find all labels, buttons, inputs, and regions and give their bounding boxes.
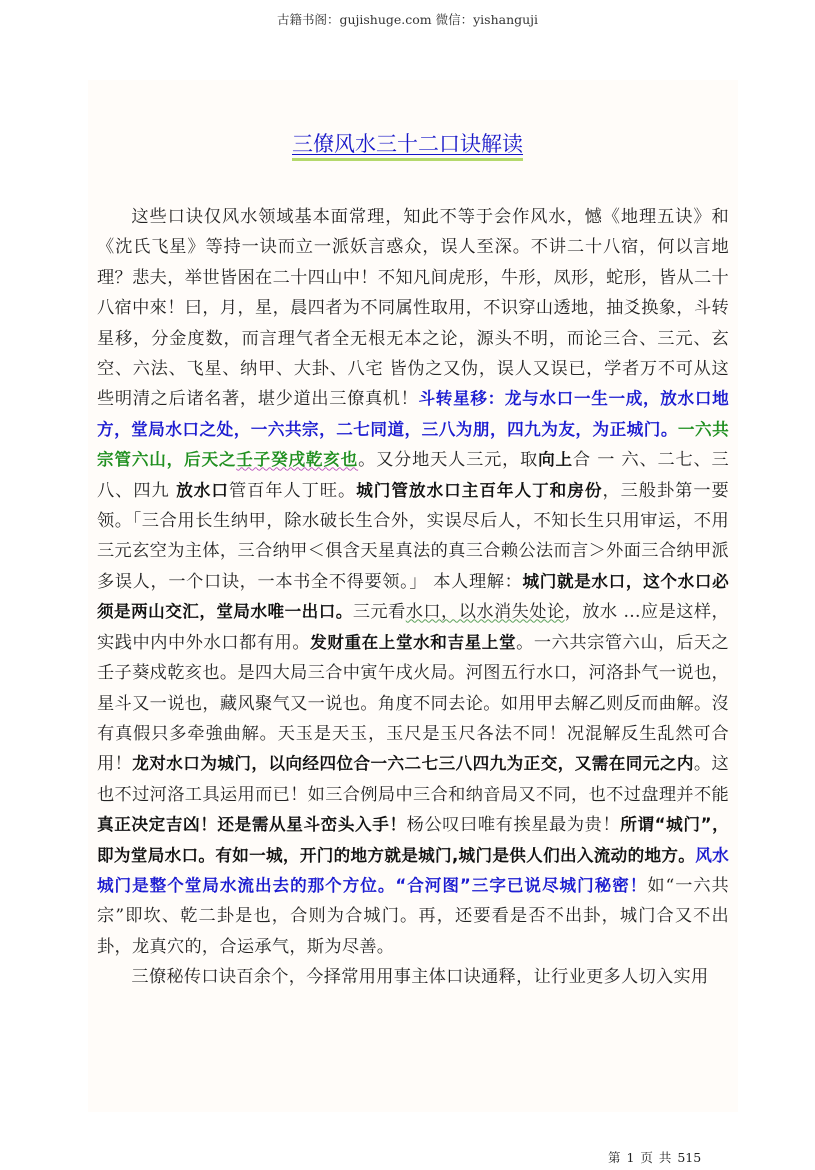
body-text: 三僚秘传口诀百余个，今择常用用事主体口诀通释，让行业更多人切入实用 (131, 967, 708, 987)
body-text: 管百年人丁旺。 (229, 481, 356, 501)
document-title[interactable]: 三僚风水三十二口诀解读 (292, 132, 523, 161)
body-text: 三元看 (353, 602, 406, 622)
body-text: 这些口诀仅风水领域基本面常理，知此不等于会作风水，憾《地理五诀》和《沈氏飞星》等… (97, 207, 729, 409)
page-number: 第 1 页 共 515 (608, 1148, 701, 1166)
emphasis-text: 放水口 (176, 481, 229, 500)
emphasis-text: 壬子癸戌乾亥也 (236, 450, 358, 469)
emphasis-text: 水口，以水消失处论 (406, 602, 565, 622)
paragraph-2: 三僚秘传口诀百余个，今择常用用事主体口诀通释，让行业更多人切入实用 (97, 962, 729, 992)
emphasis-text: 龙对水口为城门，以向经四位合一六二七三八四九为正交，又需在同元之内 (132, 754, 694, 773)
emphasis-text: 发财重在上堂水和吉星上堂 (310, 633, 516, 652)
paragraph-1: 这些口诀仅风水领域基本面常理，知此不等于会作风水，憾《地理五诀》和《沈氏飞星》等… (97, 202, 729, 962)
emphasis-text: 真正决定吉凶！还是需从星斗峦头入手！ (97, 815, 407, 834)
emphasis-text: 向上 (538, 450, 573, 469)
document-body: 这些口诀仅风水领域基本面常理，知此不等于会作风水，憾《地理五诀》和《沈氏飞星》等… (97, 202, 729, 993)
page-header: 古籍书阁：gujishuge.com 微信：yishanguji (0, 10, 815, 28)
body-text: 杨公叹曰唯有挨星最为贵！ (407, 815, 621, 835)
emphasis-text: 城门管放水口主百年人丁和房份 (356, 481, 602, 500)
document-title-wrapper: 三僚风水三十二口诀解读 (0, 128, 815, 158)
body-text: 。又分地天人三元，取 (358, 450, 538, 470)
